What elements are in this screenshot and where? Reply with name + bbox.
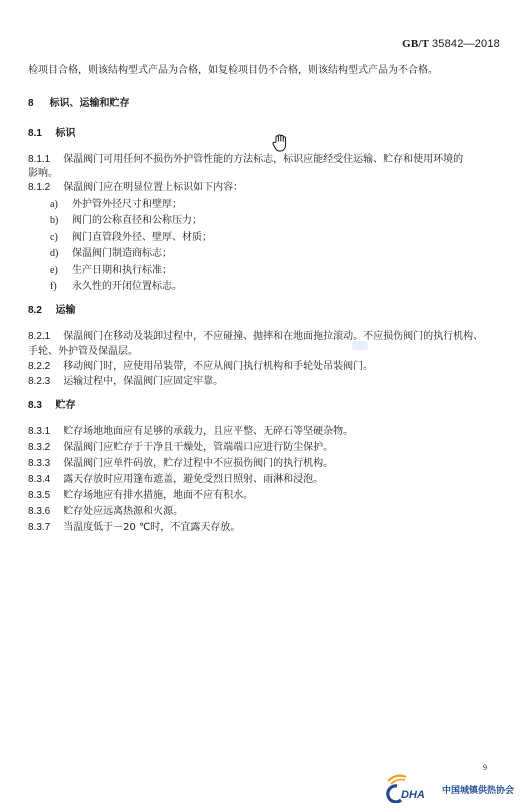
clause-number: 8.3.6 [28, 505, 60, 518]
section-title: 运输 [55, 305, 75, 316]
continuation-paragraph: 检项目合格，则该结构型式产品为合格，如复检项目仍不合格，则该结构型式产品为不合格… [28, 64, 438, 77]
list-letter: b) [50, 214, 72, 227]
section-8-1-heading: 8.1 标识 [28, 127, 75, 140]
clause-number: 8.2.1 [28, 330, 60, 343]
clause-number: 8.1.1 [28, 153, 60, 166]
list-item: c)阀门直管段外径、壁厚、材质； [50, 231, 212, 244]
clause-text: 保温阀门可用任何不损伤外护管性能的方法标志，标识应能经受住运输、贮存和使用环境的 [63, 154, 463, 165]
clause-text: 移动阀门时，应使用吊装带，不应从阀门执行机构和手轮处吊装阀门。 [63, 361, 373, 372]
section-number: 8 [28, 97, 46, 110]
clause-8-3-1: 8.3.1 贮存场地地面应有足够的承载力，且应平整、无碎石等坚硬杂物。 [28, 425, 353, 438]
clause-text: 贮存场地应有排水措施，地面不应有积水。 [63, 490, 253, 501]
standard-number: 35842—2018 [432, 38, 500, 50]
clause-number: 8.1.2 [28, 181, 60, 194]
document-page: GB/T 35842—2018 检项目合格，则该结构型式产品为合格，如复检项目仍… [0, 0, 527, 812]
section-number: 8.1 [28, 127, 52, 140]
clause-number: 8.3.7 [28, 521, 60, 534]
list-letter: a) [50, 198, 72, 211]
clause-text: 保温阀门应贮存于干净且干燥处，管端端口应进行防尘保护。 [63, 442, 333, 453]
clause-text: 保温阀门应单件码放，贮存过程中不应损伤阀门的执行机构。 [63, 458, 333, 469]
standard-prefix: GB/T [402, 38, 429, 50]
standard-code-header: GB/T 35842—2018 [402, 38, 500, 50]
section-title: 标识、运输和贮存 [49, 98, 129, 109]
clause-8-3-7: 8.3.7 当温度低于－20 ℃时，不宜露天存放。 [28, 521, 240, 534]
clause-text: 保温阀门在移动及装卸过程中，不应碰撞、抛摔和在地面拖拉滚动。不应损伤阀门的执行机… [63, 331, 483, 342]
dha-logo-icon: DHA [384, 773, 442, 803]
list-text: 外护管外径尺寸和壁厚； [72, 199, 182, 210]
clause-8-2-3: 8.2.3 运输过程中，保温阀门应固定牢靠。 [28, 375, 223, 388]
list-item: f)永久性的开闭位置标志。 [50, 280, 182, 293]
clause-8-1-2: 8.1.2 保温阀门应在明显位置上标识如下内容： [28, 181, 243, 194]
list-text: 生产日期和执行标准； [72, 265, 172, 276]
list-item: b)阀门的公称直径和公称压力； [50, 214, 202, 227]
clause-number: 8.2.2 [28, 360, 60, 373]
clause-text: 贮存场地地面应有足够的承载力，且应平整、无碎石等坚硬杂物。 [63, 426, 353, 437]
clause-text: 当温度低于－20 ℃时，不宜露天存放。 [63, 522, 240, 533]
list-text: 阀门的公称直径和公称压力； [72, 215, 202, 226]
clause-8-3-4: 8.3.4 露天存放时应用篷布遮盖，避免受烈日照射、雨淋和浸泡。 [28, 473, 323, 486]
clause-number: 8.3.4 [28, 473, 60, 486]
dha-logo: DHA 中国城镇供热协会 [384, 773, 524, 803]
clause-number: 8.3.5 [28, 489, 60, 502]
list-text: 阀门直管段外径、壁厚、材质； [72, 232, 212, 243]
list-letter: f) [50, 280, 72, 293]
section-title: 标识 [55, 128, 75, 139]
clause-8-3-2: 8.3.2 保温阀门应贮存于干净且干燥处，管端端口应进行防尘保护。 [28, 441, 333, 454]
list-letter: e) [50, 264, 72, 277]
clause-8-2-1: 8.2.1 保温阀门在移动及装卸过程中，不应碰撞、抛摔和在地面拖拉滚动。不应损伤… [28, 330, 483, 343]
section-number: 8.2 [28, 304, 52, 317]
section-8-heading: 8 标识、运输和贮存 [28, 97, 129, 110]
org-name: 中国城镇供热协会 [442, 783, 514, 796]
list-text: 永久性的开闭位置标志。 [72, 281, 182, 292]
clause-8-2-1-cont: 手轮、外护管及保温层。 [28, 345, 138, 358]
clause-text: 保温阀门应在明显位置上标识如下内容： [63, 182, 243, 193]
clause-text: 露天存放时应用篷布遮盖，避免受烈日照射、雨淋和浸泡。 [63, 474, 323, 485]
clause-text: 贮存处应远离热源和火源。 [63, 506, 183, 517]
clause-number: 8.3.2 [28, 441, 60, 454]
clause-number: 8.3.1 [28, 425, 60, 438]
svg-text:DHA: DHA [401, 789, 425, 801]
clause-8-3-6: 8.3.6 贮存处应远离热源和火源。 [28, 505, 183, 518]
section-8-2-heading: 8.2 运输 [28, 304, 75, 317]
section-number: 8.3 [28, 399, 52, 412]
list-text: 保温阀门制造商标志； [72, 248, 172, 259]
list-letter: d) [50, 247, 72, 260]
list-item: d)保温阀门制造商标志； [50, 247, 172, 260]
page-number: 9 [483, 763, 487, 772]
clause-8-3-3: 8.3.3 保温阀门应单件码放，贮存过程中不应损伤阀门的执行机构。 [28, 457, 333, 470]
clause-number: 8.2.3 [28, 375, 60, 388]
section-8-3-heading: 8.3 贮存 [28, 399, 75, 412]
clause-8-1-1-cont: 影响。 [28, 167, 58, 180]
list-item: e)生产日期和执行标准； [50, 264, 172, 277]
list-letter: c) [50, 231, 72, 244]
clause-text: 运输过程中，保温阀门应固定牢靠。 [63, 376, 223, 387]
clause-8-2-2: 8.2.2 移动阀门时，应使用吊装带，不应从阀门执行机构和手轮处吊装阀门。 [28, 360, 373, 373]
hand-cursor-icon [271, 133, 289, 153]
clause-8-1-1: 8.1.1 保温阀门可用任何不损伤外护管性能的方法标志，标识应能经受住运输、贮存… [28, 153, 463, 166]
clause-8-3-5: 8.3.5 贮存场地应有排水措施，地面不应有积水。 [28, 489, 253, 502]
section-title: 贮存 [55, 400, 75, 411]
list-item: a)外护管外径尺寸和壁厚； [50, 198, 182, 211]
scan-artifact [352, 341, 368, 350]
clause-number: 8.3.3 [28, 457, 60, 470]
